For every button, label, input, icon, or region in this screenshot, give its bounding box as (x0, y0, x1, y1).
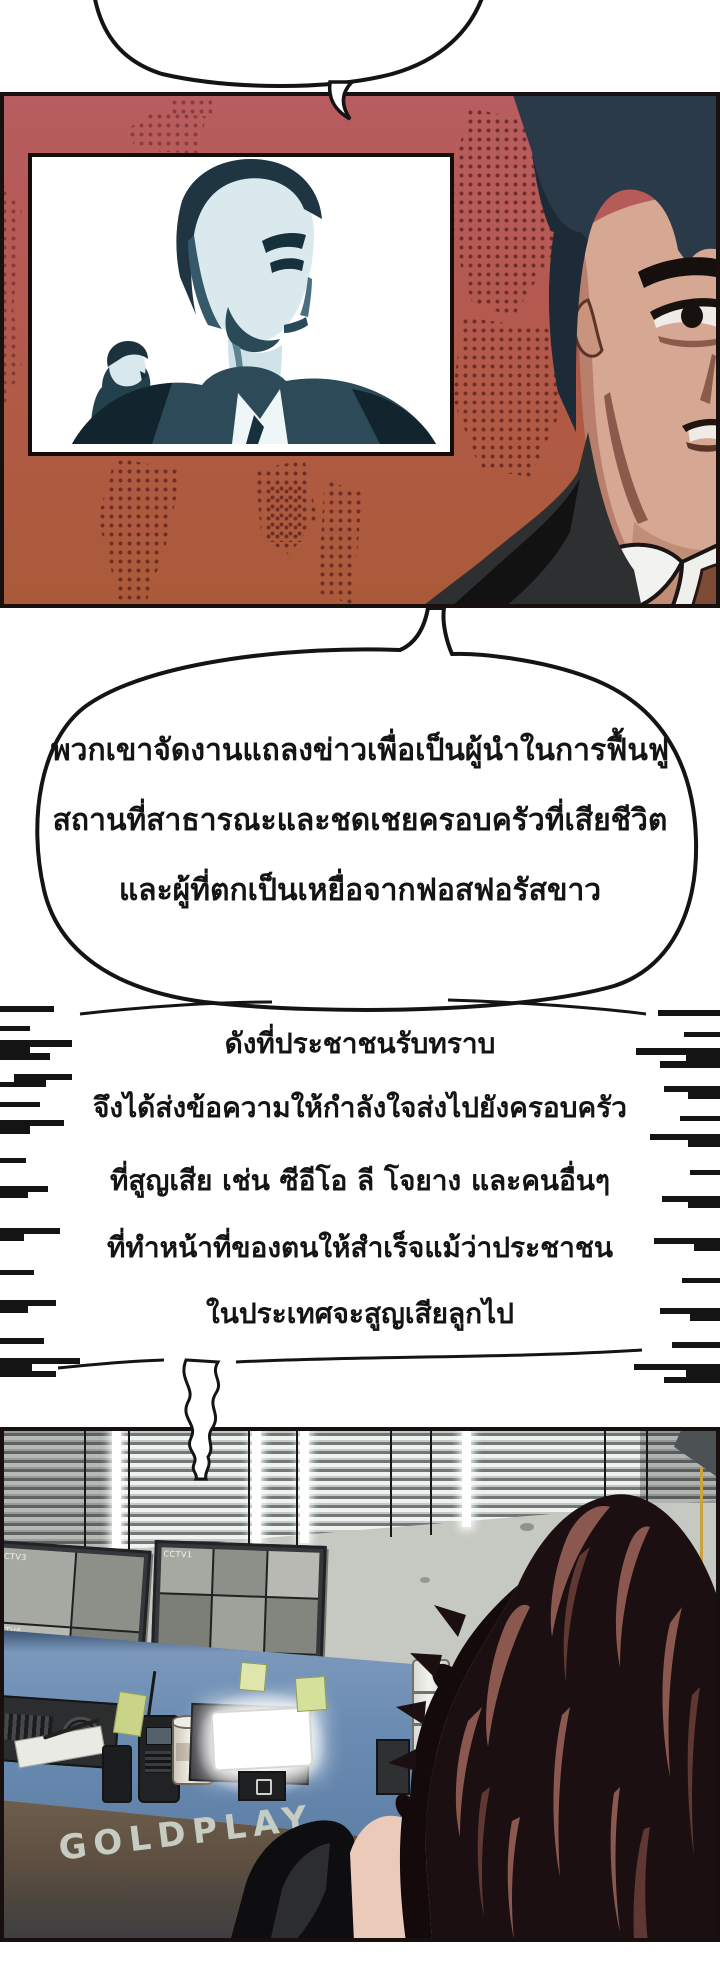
panel-news-broadcast (0, 92, 720, 608)
speech-bubble-top (0, 0, 720, 130)
woman-figure (230, 1487, 720, 1942)
bubble-main-line-2: สถานที่สาธารณะและชดเชยครอบครัวที่เสียชีว… (30, 786, 690, 856)
static-scratch-left (0, 1006, 80, 1377)
map-dots-cluster (318, 480, 362, 605)
static-scratch-right (634, 1010, 720, 1383)
radio-handset-small (102, 1745, 132, 1803)
speech-bubble-static (0, 990, 720, 1490)
bubble-static-tail (184, 1360, 219, 1479)
cctv-label: CCTV1 (163, 1549, 192, 1559)
comic-page: พวกเขาจัดงานแถลงข่าวเพื่อเป็นผู้นำในการฟ… (0, 0, 720, 1984)
bubble-top-body (92, 0, 484, 86)
news-portrait (32, 157, 442, 444)
panel-security-room: CCTV3 CCTV6 CCTV1 CCTV4 GOLDPLAY (0, 1427, 720, 1942)
radio-keypad (145, 1751, 171, 1773)
cctv-label: CCTV3 (0, 1551, 27, 1562)
static-connector-lines (58, 1000, 646, 1368)
bubble-main-line-3: และผู้ที่ตกเป็นเหยื่อจากฟอสฟอรัสขาว (30, 856, 690, 926)
bubble-top-tail (330, 82, 352, 119)
cctv-feed-cell (72, 1553, 144, 1632)
bubble-main-text: พวกเขาจัดงานแถลงข่าวเพื่อเป็นผู้นำในการฟ… (30, 716, 690, 926)
cctv-feed-cell (158, 1594, 211, 1650)
map-dots-cluster (0, 180, 22, 415)
suited-man-figure (420, 92, 720, 608)
map-dots-cluster (268, 484, 304, 542)
broadcast-inset-screen (28, 153, 454, 456)
radio-screen (146, 1727, 172, 1745)
bubble-main-line-1: พวกเขาจัดงานแถลงข่าวเพื่อเป็นผู้นำในการฟ… (30, 716, 690, 786)
map-dots-cluster (98, 458, 182, 608)
